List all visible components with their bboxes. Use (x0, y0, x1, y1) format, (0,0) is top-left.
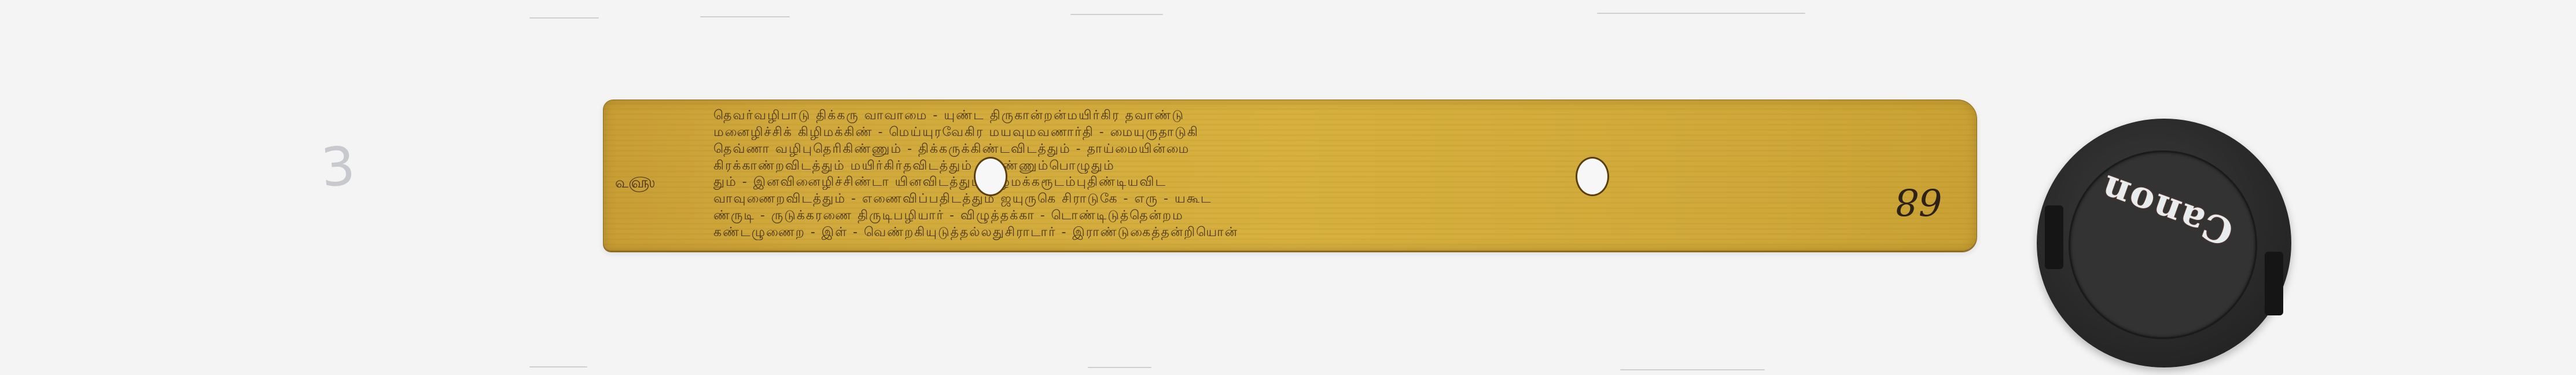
lens-cap-tab (2265, 252, 2283, 315)
folio-number: 68 (1895, 180, 1942, 223)
leaf-margin-number: ௳௵ (615, 174, 655, 193)
manuscript-text: தெவர்வழிபாடு திக்கரு வாவாமை - யுண்ட திரு… (713, 108, 1849, 240)
palm-leaf-manuscript: ௳௵ தெவர்வழிபாடு திக்கரு வாவாமை - யுண்ட த… (603, 100, 1977, 251)
manuscript-line: ண்ருடி - ருடுக்கரணை திருடிபழியார் - விழு… (713, 208, 1849, 223)
string-hole-right (1576, 157, 1609, 196)
string-hole-left (974, 157, 1007, 196)
pencil-mark (1070, 14, 1163, 15)
pencil-mark (1088, 367, 1151, 368)
manuscript-line: கிரக்காண்றவிடத்தும் மயிர்கிர்தவிடத்தும் … (713, 159, 1849, 174)
pencil-number: 3 (319, 135, 357, 199)
manuscript-line: தெவ்ணா வழிபுதெரிகிண்ணும் - திக்கருக்கிண்… (713, 142, 1849, 157)
pencil-mark (529, 17, 599, 19)
pencil-mark (529, 366, 587, 367)
manuscript-line: மனைழிச்சிக் கிழிமக்கிண் - மெய்யுரவேகிர ம… (713, 125, 1849, 140)
photo-scene: 3 ௳௵ தெவர்வழிபாடு திக்கரு வாவாமை - யுண்ட… (0, 0, 2576, 375)
pencil-mark (1620, 369, 1765, 370)
pencil-mark (1597, 13, 1805, 14)
lens-cap: Canon (2037, 119, 2291, 367)
lens-cap-tab (2045, 205, 2063, 269)
manuscript-line: வாவுணைறவிடத்தும் - எணைவிப்பதிடத்தும் ஜயு… (713, 192, 1849, 207)
pencil-mark (700, 16, 790, 17)
manuscript-line: தும் - இனவினைழிச்சிண்டா யினவிடத்தும் கிழ… (713, 175, 1849, 190)
manuscript-line: தெவர்வழிபாடு திக்கரு வாவாமை - யுண்ட திரு… (713, 108, 1849, 123)
manuscript-line: கண்டழுணைற - இள் - வெண்றகியுடுத்தல்லதுசிர… (713, 225, 1849, 240)
